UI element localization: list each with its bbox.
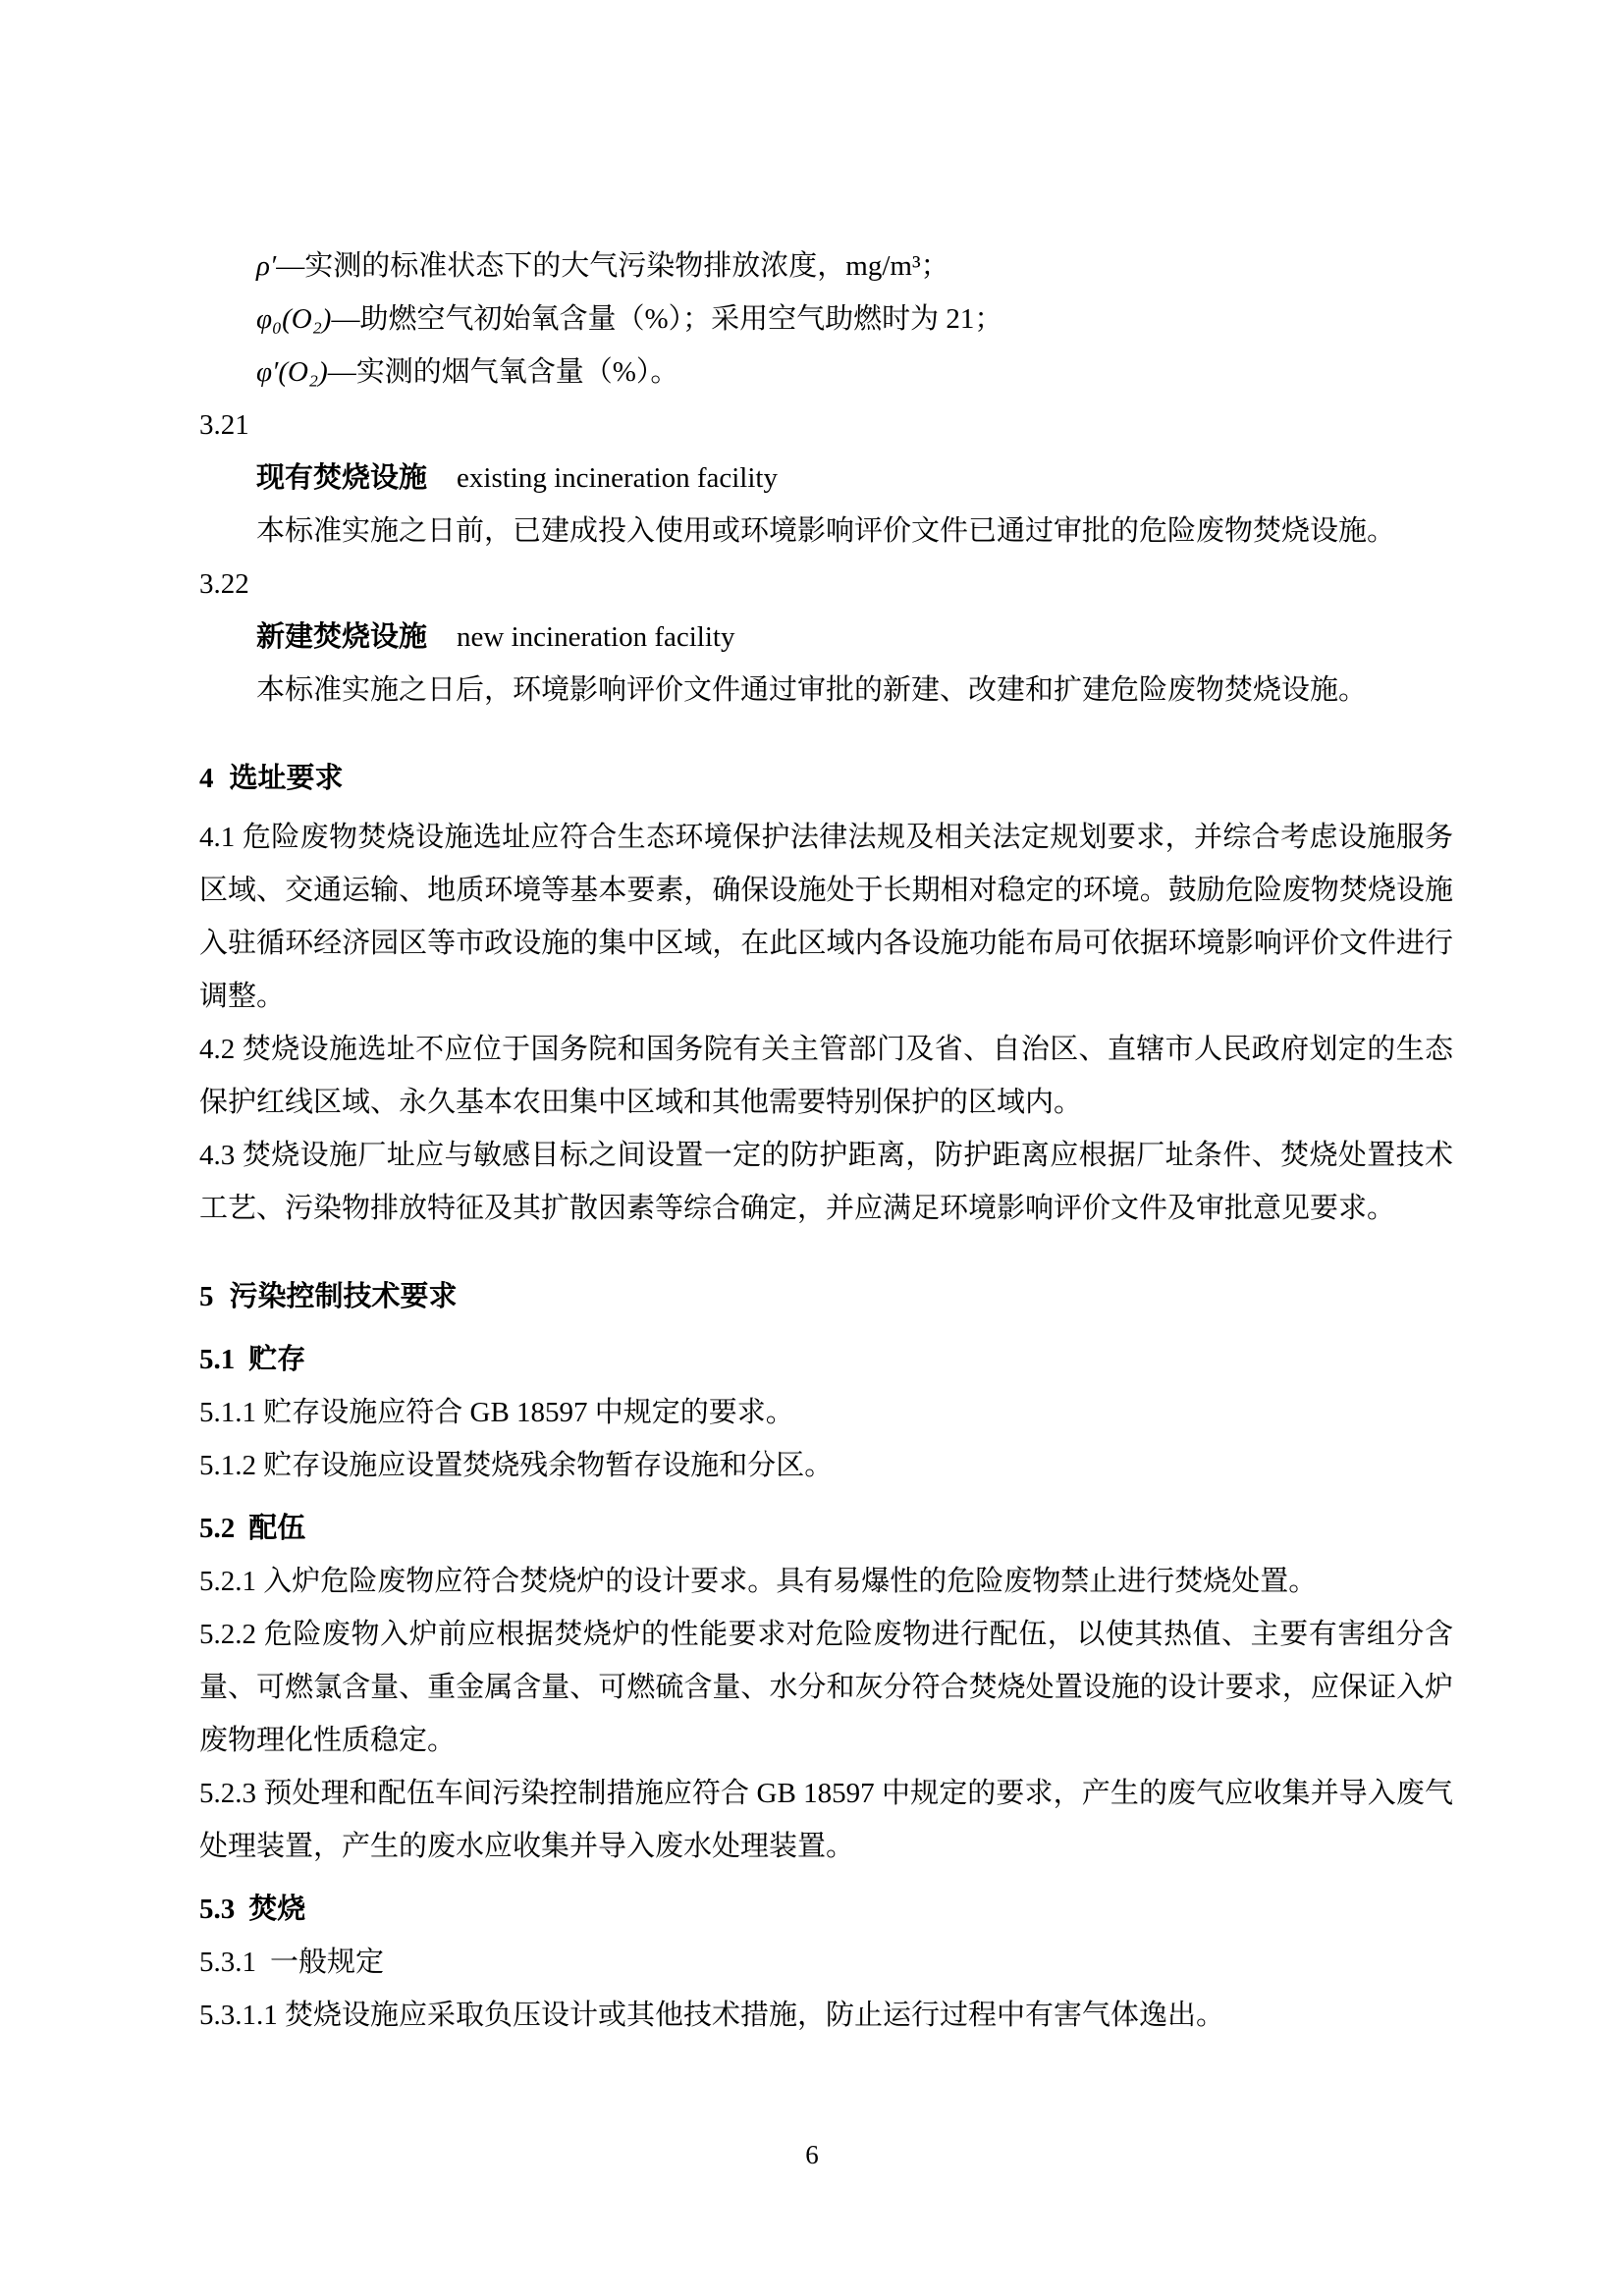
symbol-phi0: φ₀(O₂) [256,303,331,335]
section-title: 污染控制技术要求 [230,1281,458,1312]
term-line-3-22: 新建焚烧设施new incineration facility [199,611,1453,664]
clause-paragraph-5-2-3: 5.2.3 预处理和配伍车间污染控制措施应符合 GB 18597 中规定的要求，… [199,1767,1453,1873]
page-number: 6 [0,2138,1624,2171]
section-title: 选址要求 [230,763,344,794]
term-definition-3-22: 本标准实施之日后，环境影响评价文件通过审批的新建、改建和扩建危险废物焚烧设施。 [199,664,1453,717]
symbol-definition-text: —实测的标准状态下的大气污染物排放浓度，mg/m³； [276,250,948,282]
clause-paragraph-5-1-1: 5.1.1 贮存设施应符合 GB 18597 中规定的要求。 [199,1386,1453,1439]
section-number: 5 [199,1281,214,1312]
minor-heading-number: 5.3.1 [199,1947,256,1978]
term-definition-3-21: 本标准实施之日前，已建成投入使用或环境影响评价文件已通过审批的危险废物焚烧设施。 [199,505,1453,558]
section-number: 4 [199,763,214,794]
section-heading-4: 4选址要求 [199,752,1453,805]
minor-heading-title: 一般规定 [270,1947,384,1978]
section-heading-5: 5污染控制技术要求 [199,1270,1453,1323]
term-chinese: 新建焚烧设施 [256,621,427,653]
sub-heading-5-3: 5.3焚烧 [199,1883,1453,1936]
clause-paragraph-5-2-1: 5.2.1 入炉危险废物应符合焚烧炉的设计要求。具有易爆性的危险废物禁止进行焚烧… [199,1555,1453,1608]
sub-heading-number: 5.2 [199,1513,235,1544]
minor-heading-5-3-1: 5.3.1一般规定 [199,1936,1453,1989]
symbol-definition-phi-prime: φ′(O₂)—实测的烟气氧含量（%）。 [199,346,1453,399]
clause-paragraph-4-2: 4.2 焚烧设施选址不应位于国务院和国务院有关主管部门及省、自治区、直辖市人民政… [199,1023,1453,1129]
sub-heading-title: 焚烧 [248,1894,305,1925]
term-chinese: 现有焚烧设施 [256,462,427,494]
clause-paragraph-4-1: 4.1 危险废物焚烧设施选址应符合生态环境保护法律法规及相关法定规划要求，并综合… [199,811,1453,1023]
clause-number-3-22: 3.22 [199,558,1453,611]
clause-paragraph-5-3-1-1: 5.3.1.1 焚烧设施应采取负压设计或其他技术措施，防止运行过程中有害气体逸出… [199,1989,1453,2042]
sub-heading-number: 5.3 [199,1894,235,1925]
sub-heading-5-1: 5.1贮存 [199,1333,1453,1386]
symbol-definition-rho: ρ′—实测的标准状态下的大气污染物排放浓度，mg/m³； [199,240,1453,293]
clause-paragraph-5-2-2: 5.2.2 危险废物入炉前应根据焚烧炉的性能要求对危险废物进行配伍，以使其热值、… [199,1608,1453,1767]
sub-heading-title: 配伍 [248,1513,305,1544]
clause-paragraph-4-3: 4.3 焚烧设施厂址应与敏感目标之间设置一定的防护距离，防护距离应根据厂址条件、… [199,1129,1453,1235]
term-english: existing incineration facility [457,462,778,494]
document-body: ρ′—实测的标准状态下的大气污染物排放浓度，mg/m³； φ₀(O₂)—助燃空气… [199,240,1453,2042]
clause-number-3-21: 3.21 [199,399,1453,452]
document-page: { "doc": { "definitions": [ { "symbol": … [0,0,1624,2296]
sub-heading-number: 5.1 [199,1344,235,1375]
term-line-3-21: 现有焚烧设施existing incineration facility [199,452,1453,505]
symbol-phi-prime: φ′(O₂) [256,356,328,388]
clause-paragraph-5-1-2: 5.1.2 贮存设施应设置焚烧残余物暂存设施和分区。 [199,1439,1453,1492]
symbol-definition-text: —助燃空气初始氧含量（%）；采用空气助燃时为 21； [331,303,1002,335]
sub-heading-title: 贮存 [248,1344,305,1375]
symbol-rho: ρ′ [256,250,276,282]
term-english: new incineration facility [457,621,734,653]
symbol-definition-phi0: φ₀(O₂)—助燃空气初始氧含量（%）；采用空气助燃时为 21； [199,293,1453,346]
sub-heading-5-2: 5.2配伍 [199,1502,1453,1555]
symbol-definition-text: —实测的烟气氧含量（%）。 [328,356,679,388]
